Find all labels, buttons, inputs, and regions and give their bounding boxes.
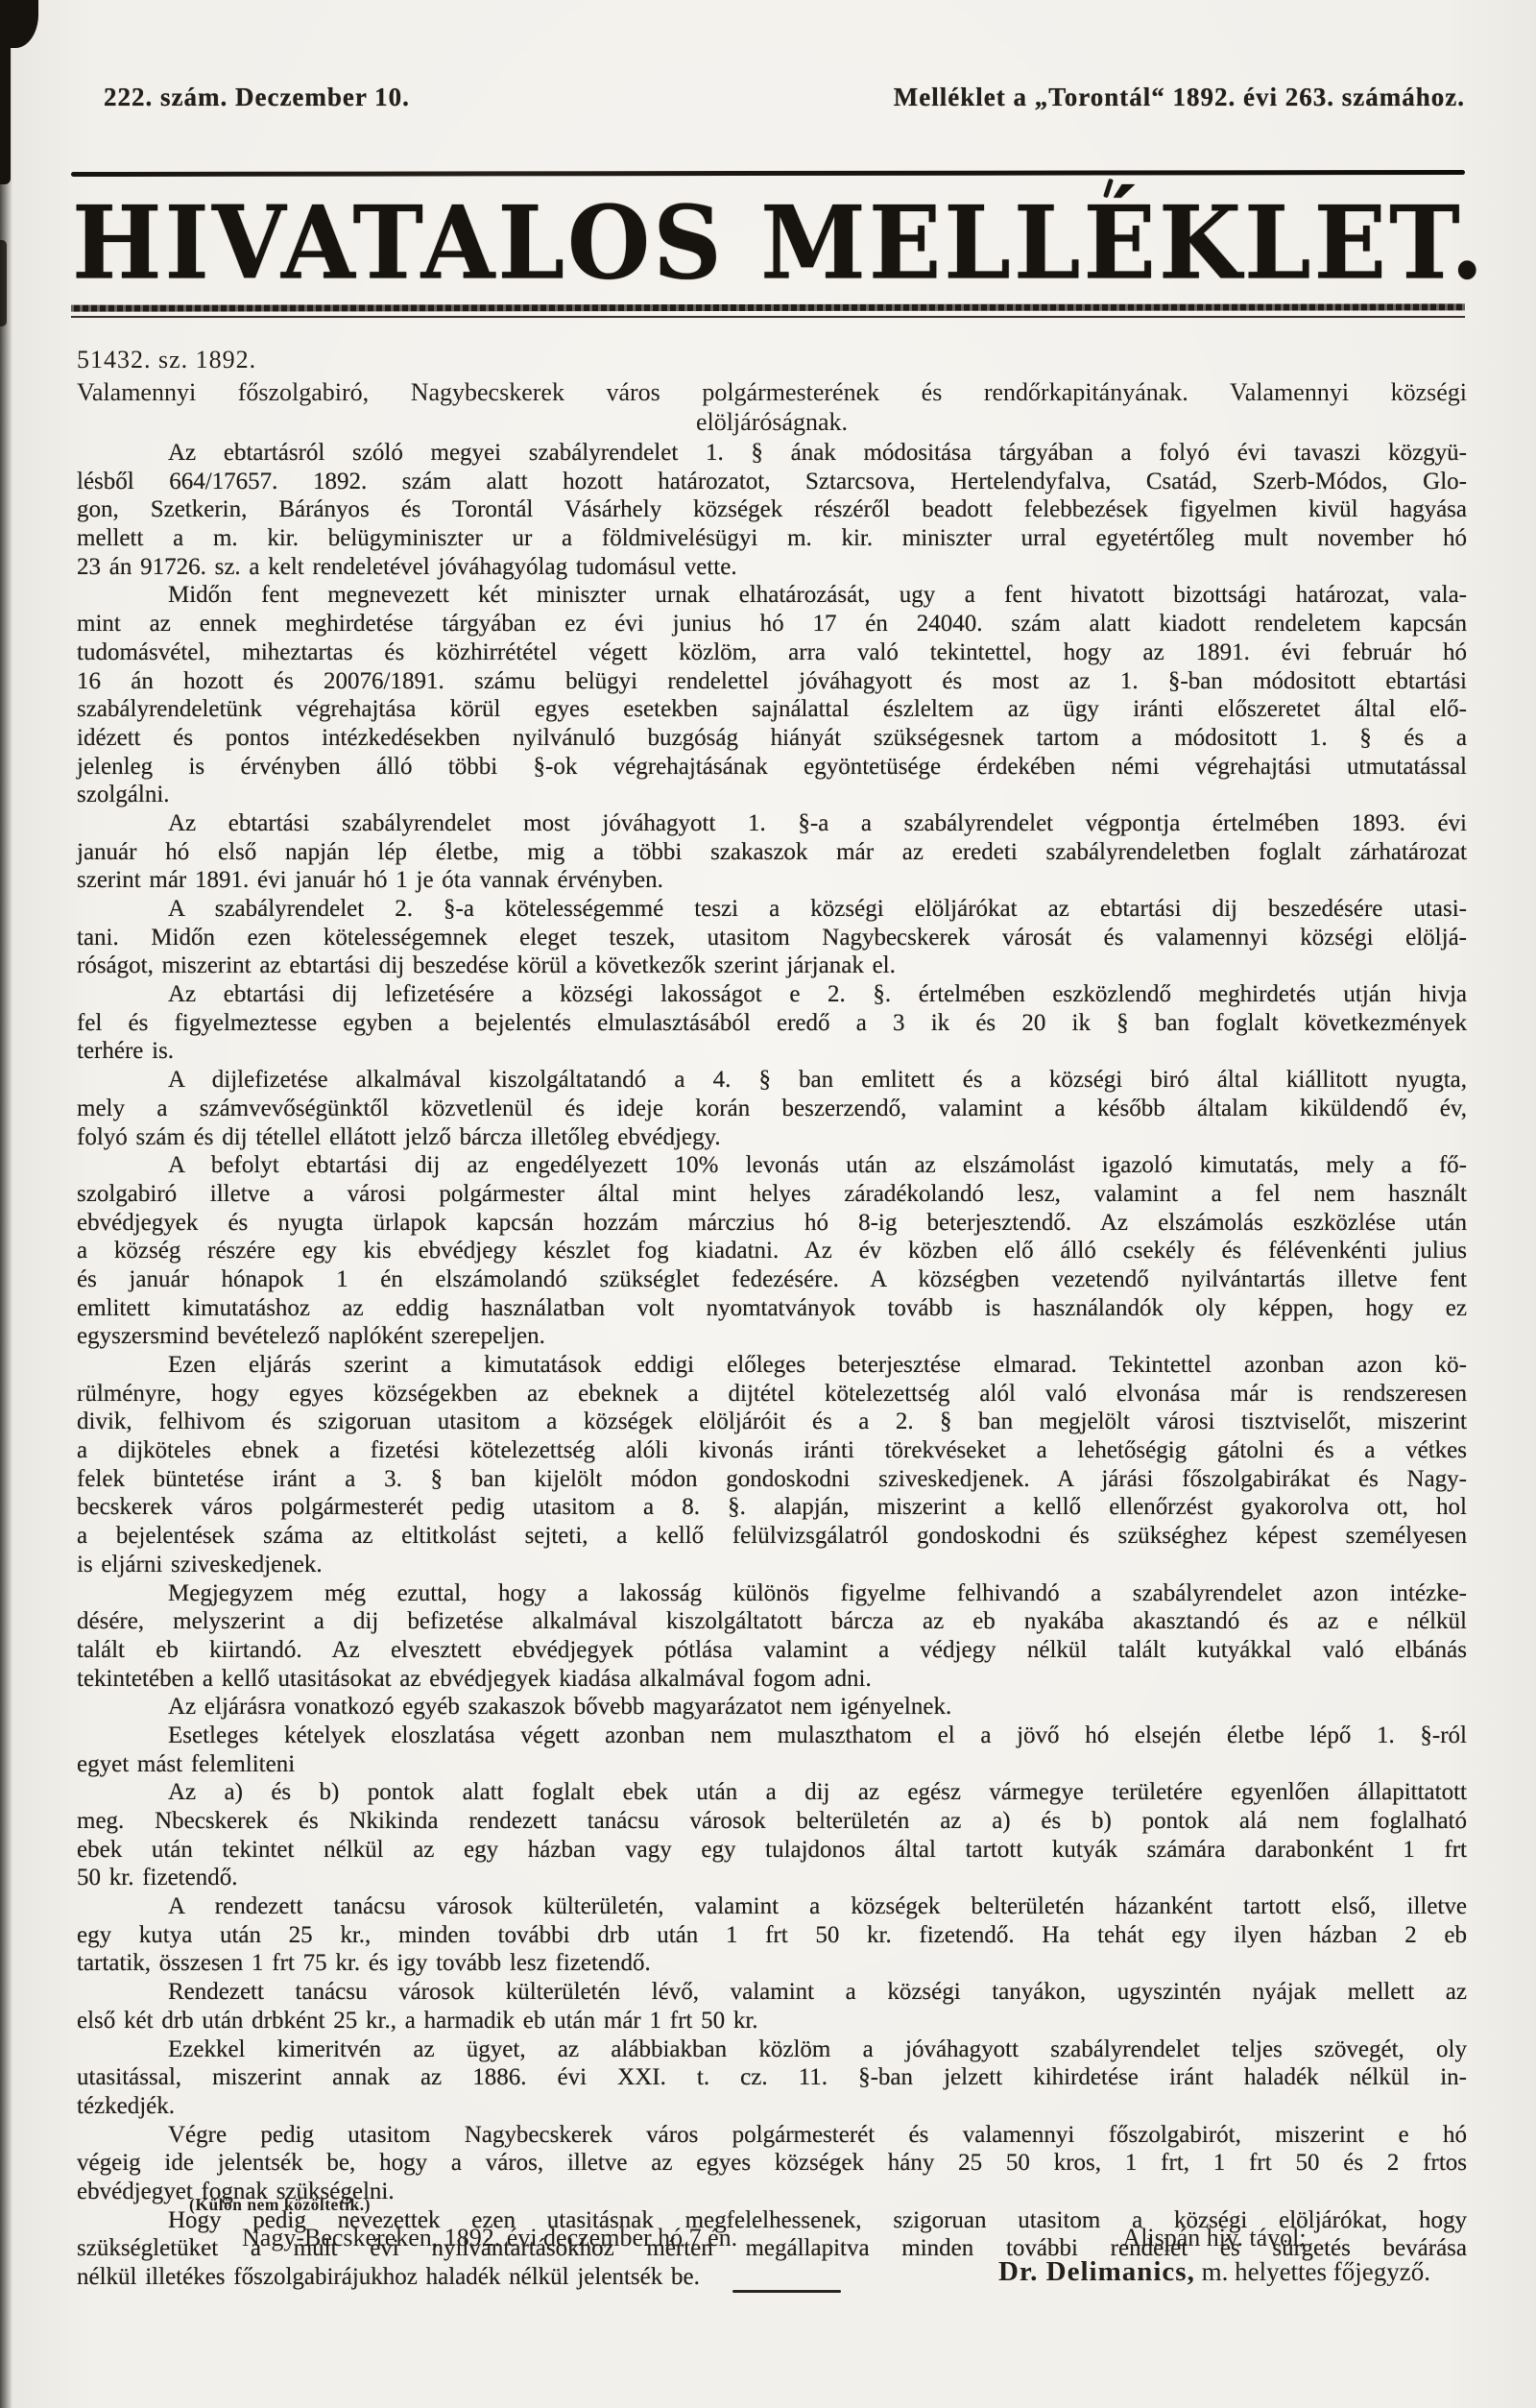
page-title: HIVATALOS MELLÉKLET. [72, 184, 1464, 302]
body-line: jelenleg is érvényben álló többi §-ok vé… [77, 753, 1467, 782]
dateline: Nagy-Becskereken, 1892. évi deczember hó… [242, 2224, 737, 2252]
paragraph: Az eljárásra vonatkozó egyéb szakaszok b… [77, 1693, 1467, 1722]
body-line: Ezen eljárás szerint a kimutatások eddig… [77, 1351, 1467, 1380]
salutation-line: elöljáróságnak. [77, 407, 1467, 437]
scan-edge-artifact [0, 40, 11, 184]
salutation-line: Valamennyi főszolgabiró, Nagybecskerek v… [77, 377, 1467, 407]
paragraph: A rendezett tanácsu városok külterületén… [77, 1892, 1467, 1978]
body-line: róságot, miszerint az ebtartási dij besz… [77, 951, 1467, 980]
body-line: végeig ide jelentsék be, hogy a város, i… [77, 2149, 1467, 2178]
body-line: 16 án hozott és 20076/1891. számu belügy… [77, 667, 1467, 696]
supplement-reference: Melléklet a „Torontál“ 1892. évi 263. sz… [894, 83, 1465, 112]
body-line: lésből 664/17657. 1892. szám alatt hozot… [77, 468, 1467, 496]
body-line: Esetleges kételyek eloszlatása végett az… [77, 1722, 1467, 1750]
body-line: divik, felhivom és szigoruan utasitom a … [77, 1408, 1467, 1436]
body-line: szolgálni. [77, 781, 1467, 809]
paragraph: Esetleges kételyek eloszlatása végett az… [77, 1722, 1467, 1778]
paragraph: Rendezett tanácsu városok külterületén l… [77, 1978, 1467, 2035]
body-line: 50 kr. fizetendő. [77, 1864, 1467, 1892]
paragraph: Midőn fent megnevezett két miniszter urn… [77, 581, 1467, 809]
end-rule [732, 2290, 841, 2293]
signature-line: Dr. Delimanics, m. helyettes főjegyző. [946, 2252, 1483, 2291]
signature-title: m. helyettes főjegyző. [1195, 2257, 1430, 2286]
body-line: mely a számvevőségünktől közvetlenül és … [77, 1095, 1467, 1123]
paragraph: Ezen eljárás szerint a kimutatások eddig… [77, 1351, 1467, 1579]
signature-role: Alispán hiv. távol: [946, 2224, 1483, 2252]
body-line: is eljárni sziveskedjenek. [77, 1551, 1467, 1579]
signature-block: Alispán hiv. távol: Dr. Delimanics, m. h… [946, 2224, 1483, 2291]
body-line: ebek után tekintet nélkül az egy házban … [77, 1836, 1467, 1865]
body-line: idézett és pontos intézkedésekben nyilvá… [77, 724, 1467, 753]
issue-number-date: 222. szám. Deczember 10. [104, 83, 410, 112]
body-line: A rendezett tanácsu városok külterületén… [77, 1892, 1467, 1921]
paragraph: Az a) és b) pontok alatt foglalt ebek ut… [77, 1778, 1467, 1892]
body-line: rülményre, hogy egyes községekben az ebe… [77, 1380, 1467, 1409]
body-line: a dijköteles ebnek a fizetési kötelezett… [77, 1436, 1467, 1465]
body-line: szerint már 1891. évi január hó 1 je óta… [77, 866, 1467, 895]
body-line: mellett a m. kir. belügyminiszter ur a f… [77, 524, 1467, 553]
scan-edge-shadow [0, 0, 12, 2408]
paragraph: Az ebtartási szabályrendelet most jóváha… [77, 809, 1467, 895]
body-line: Rendezett tanácsu városok külterületén l… [77, 1978, 1467, 2007]
scan-edge-artifact [0, 240, 7, 326]
paragraph: A szabályrendelet 2. §-a kötelességemmé … [77, 895, 1467, 980]
body-line: szabályrendeletünk végrehajtása körül eg… [77, 695, 1467, 724]
body-line: a község részére egy kis ebvédjegy készl… [77, 1237, 1467, 1265]
body-line: 23 án 91726. sz. a kelt rendeletével jóv… [77, 553, 1467, 582]
body-line: szolgabiró illetve a városi polgármester… [77, 1180, 1467, 1209]
paragraph: Megjegyzem még ezuttal, hogy a lakosság … [77, 1579, 1467, 1694]
body-line: folyó szám és dij tétellel ellátott jelz… [77, 1123, 1467, 1152]
document-reference-number: 51432. sz. 1892. [77, 346, 256, 374]
body-line: Megjegyzem még ezuttal, hogy a lakosság … [77, 1579, 1467, 1608]
body-line: tudomásvétel, miheztartas és közhirrétét… [77, 638, 1467, 667]
body-line: emlitett kimutatáshoz az eddig használat… [77, 1294, 1467, 1323]
body-line: meg. Nbecskerek és Nkikinda rendezett ta… [77, 1807, 1467, 1836]
body-line: tekintetében a kellő utasitásokat az ebv… [77, 1665, 1467, 1694]
paragraph: A dijlefizetése alkalmával kiszolgáltata… [77, 1066, 1467, 1151]
signature-name: Dr. Delimanics, [998, 2256, 1195, 2287]
body-line: ebvédjegyek és nyugta ürlapok kapcsán ho… [77, 1209, 1467, 1238]
body-line: tartatik, összesen 1 frt 75 kr. és igy t… [77, 1949, 1467, 1978]
scanned-gazette-page: 222. szám. Deczember 10. Melléklet a „To… [0, 0, 1536, 2408]
body-line: A szabályrendelet 2. §-a kötelességemmé … [77, 895, 1467, 924]
body-line: Az ebtartásról szóló megyei szabályrende… [77, 439, 1467, 468]
body-line: tani. Midőn ezen kötelességemnek eleget … [77, 924, 1467, 952]
body-line: désére, melyszerint a dij befizetése alk… [77, 1607, 1467, 1636]
body-line: fel és figyelmeztesse egyben a bejelenté… [77, 1009, 1467, 1038]
body-line: talált eb kiirtandó. Az elvesztett ebvéd… [77, 1636, 1467, 1665]
body-line: Az a) és b) pontok alatt foglalt ebek ut… [77, 1778, 1467, 1807]
paragraph: Ezekkel kimeritvén az ügyet, az alábbiak… [77, 2035, 1467, 2121]
paragraph: Az ebtartásról szóló megyei szabályrende… [77, 439, 1467, 581]
body-line: mint az ennek meghirdetése tárgyában ez … [77, 610, 1467, 638]
title-rule-thick [71, 303, 1465, 311]
body-line: Ezekkel kimeritvén az ügyet, az alábbiak… [77, 2035, 1467, 2064]
masthead-row: 222. szám. Deczember 10. Melléklet a „To… [104, 83, 1465, 112]
body-line: egyet mást felemliteni [77, 1750, 1467, 1779]
salutation: Valamennyi főszolgabiró, Nagybecskerek v… [77, 377, 1467, 437]
paragraph: Végre pedig utasitom Nagybecskerek város… [77, 2121, 1467, 2206]
body-line: Midőn fent megnevezett két miniszter urn… [77, 581, 1467, 610]
body-line: A dijlefizetése alkalmával kiszolgáltata… [77, 1066, 1467, 1095]
body-line: felek büntetése iránt a 3. § ban kijelöl… [77, 1465, 1467, 1494]
body-line: egy kutya után 25 kr., minden további dr… [77, 1921, 1467, 1950]
body-line: Az ebtartási szabályrendelet most jóváha… [77, 809, 1467, 838]
body-line: becskerek város polgármesterét pedig uta… [77, 1493, 1467, 1522]
body-line: egyszersmind bevételező naplóként szerep… [77, 1322, 1467, 1351]
body-line: Végre pedig utasitom Nagybecskerek város… [77, 2121, 1467, 2150]
paragraph: Az ebtartási dij lefizetésére a községi … [77, 980, 1467, 1066]
body-line: első két drb után drbként 25 kr., a harm… [77, 2007, 1467, 2035]
body-line: utasitással, miszerint annak az 1886. év… [77, 2063, 1467, 2092]
body-line: Az eljárásra vonatkozó egyéb szakaszok b… [77, 1693, 1467, 1722]
body-line: A befolyt ebtartási dij az engedélyezett… [77, 1151, 1467, 1180]
header-rule [71, 170, 1465, 177]
body-line: január hó első napján lép életbe, mig a … [77, 838, 1467, 867]
body-line: gon, Szetkerin, Bárányos és Torontál Vás… [77, 495, 1467, 524]
body-line: terhére is. [77, 1037, 1467, 1066]
paragraph: A befolyt ebtartási dij az engedélyezett… [77, 1151, 1467, 1351]
body-paragraphs: Az ebtartásról szóló megyei szabályrende… [77, 439, 1467, 2292]
body-line: és január hónapok 1 én elszámolandó szük… [77, 1265, 1467, 1294]
body-line: tézkedjék. [77, 2092, 1467, 2121]
body-line: Az ebtartási dij lefizetésére a községi … [77, 980, 1467, 1009]
body-line: a bejelentések száma az eltitkolást sejt… [77, 1522, 1467, 1551]
publication-note: (Külön nem közöltetik.) [189, 2195, 371, 2215]
title-rule-thin [71, 316, 1465, 318]
